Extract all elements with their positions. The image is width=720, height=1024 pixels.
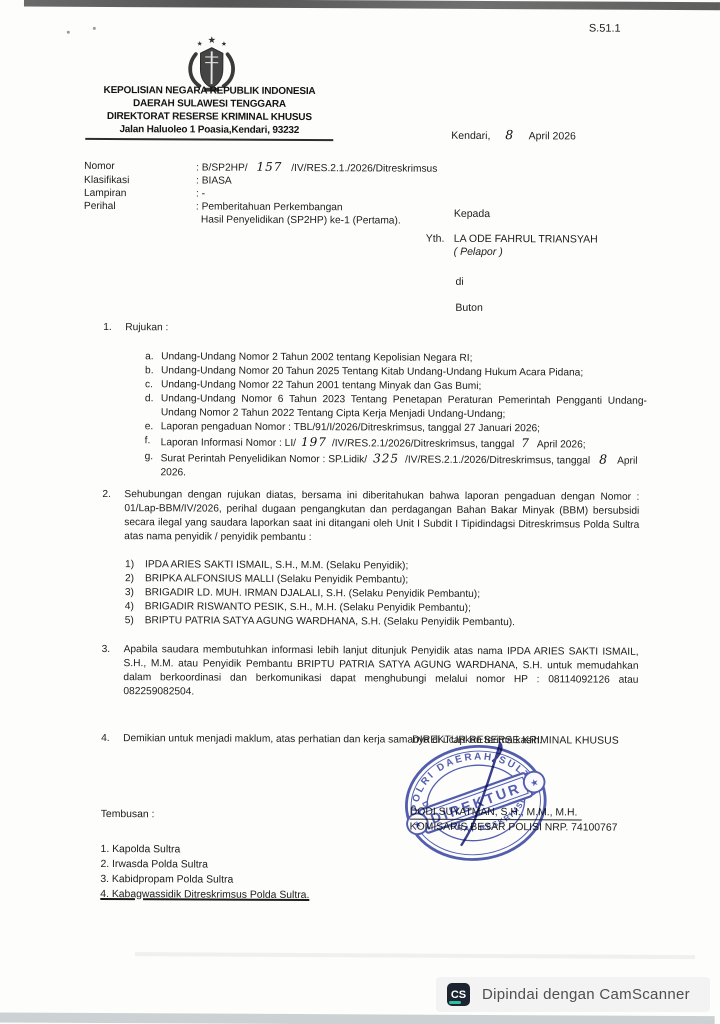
section-2-number: 2. bbox=[102, 488, 124, 544]
nomor-post: /IV/RES.2.1./2026/Ditreskrimsus bbox=[291, 163, 437, 175]
nomor-value: : B/SP2HP/ 157 /IV/RES.2.1./2026/Ditresk… bbox=[196, 160, 437, 175]
row-number: 4) bbox=[125, 600, 145, 614]
tembusan-title: Tembusan : bbox=[101, 809, 310, 821]
org-line-3: DIREKTORAT RESERSE KRIMINAL KHUSUS bbox=[85, 110, 333, 124]
camscanner-icon: CS bbox=[447, 983, 470, 1006]
investigator-list: 1) IPDA ARIES SAKTI ISMAIL, S.H., M.M. (… bbox=[125, 558, 516, 630]
item-letter: f. bbox=[145, 434, 161, 450]
perihal-line1: : Pemberitahuan Perkembangan bbox=[196, 200, 343, 214]
item-f-pre: Laporan Informasi Nomor : LI/ bbox=[161, 437, 296, 449]
date: April 2026 bbox=[529, 130, 576, 142]
item-f-handwritten-day: 7 bbox=[521, 436, 530, 450]
item-text: Undang-Undang Nomor 6 Tahun 2023 Tentang… bbox=[161, 392, 647, 423]
camscanner-icon-label: CS bbox=[451, 989, 466, 1001]
investigator-row: 5) BRIPTU PATRIA SATYA AGUNG WARDHANA, S… bbox=[125, 614, 515, 630]
recipient-city: Buton bbox=[455, 302, 483, 314]
org-line-1: KEPOLISIAN NEGARA REPUBLIK INDONESIA bbox=[85, 84, 333, 98]
kepada-label: Kepada bbox=[454, 208, 490, 220]
row-text: BRIPKA ALFONSIUS MALLI (Selaku Penyidik … bbox=[145, 572, 408, 587]
item-f-mid: /IV/RES.2.1/2026/Ditreskrimsus, tanggal bbox=[332, 438, 514, 450]
item-letter: c. bbox=[145, 378, 161, 392]
svg-text:★: ★ bbox=[221, 40, 227, 48]
pen-signature bbox=[438, 737, 525, 853]
row-number: 5) bbox=[125, 614, 145, 628]
item-g-line2: 2026. bbox=[160, 466, 637, 482]
nomor-pre: : B/SP2HP/ bbox=[196, 162, 248, 173]
tembusan-item: 3. Kabidpropam Polda Sultra bbox=[100, 872, 309, 888]
perihal-label: Perihal bbox=[84, 200, 196, 214]
camscanner-text: Dipindai dengan CamScanner bbox=[482, 986, 690, 1003]
item-f-post: April 2026; bbox=[537, 439, 586, 450]
item-text: Surat Perintah Penyelidikan Nomor : SP.L… bbox=[160, 450, 637, 482]
scanned-letter-page: S.51.1 ★ ★ ★ KEPOLISIAN NEGARA REPUBLIK … bbox=[0, 0, 720, 1024]
item-letter: e. bbox=[145, 420, 161, 434]
tembusan-item: 4. Kabagwassidik Ditreskrimsus Polda Sul… bbox=[100, 887, 309, 903]
item-f-handwritten: 197 bbox=[301, 435, 327, 449]
perihal-line2: Hasil Penyelidikan (SP2HP) ke-1 (Pertama… bbox=[201, 213, 437, 227]
klasifikasi-value: : BIASA bbox=[196, 174, 232, 187]
letterhead: KEPOLISIAN NEGARA REPUBLIK INDONESIA DAE… bbox=[85, 84, 333, 141]
org-address: Jalan Haluoleo 1 Poasia,Kendari, 93232 bbox=[85, 123, 333, 141]
item-letter: d. bbox=[145, 392, 161, 420]
rujukan-item-g: g. Surat Perintah Penyelidikan Nomor : S… bbox=[144, 450, 646, 483]
meta-perihal: Perihal : Pemberitahuan Perkembangan bbox=[84, 200, 437, 215]
yth-label: Yth. bbox=[426, 233, 445, 245]
nomor-handwritten: 157 bbox=[256, 160, 282, 174]
lampiran-label: Lampiran bbox=[84, 187, 196, 201]
scan-edge-top bbox=[24, 0, 720, 10]
scan-speck bbox=[93, 27, 96, 30]
item-g-handwritten: 325 bbox=[373, 451, 399, 465]
paper-layer: S.51.1 ★ ★ ★ KEPOLISIAN NEGARA REPUBLIK … bbox=[0, 0, 720, 1024]
letter-meta: Nomor : B/SP2HP/ 157 /IV/RES.2.1./2026/D… bbox=[84, 160, 438, 228]
rujukan-list: a. Undang-Undang Nomor 2 Tahun 2002 tent… bbox=[144, 350, 647, 483]
org-line-2: DAERAH SULAWESI TENGGARA bbox=[85, 97, 333, 111]
handwritten-day: 8 bbox=[505, 127, 514, 142]
item-g-line1: Surat Perintah Penyelidikan Nomor : SP.L… bbox=[161, 450, 638, 468]
section-1-title: Rujukan : bbox=[125, 321, 168, 335]
scan-edge-bottom bbox=[0, 1012, 715, 1024]
section-2: 2. Sehubungan dengan rujukan diatas, ber… bbox=[102, 488, 639, 547]
section-1-heading: 1. Rujukan : bbox=[103, 321, 168, 335]
place: Kendari, bbox=[451, 130, 490, 142]
rujukan-item: d. Undang-Undang Nomor 6 Tahun 2023 Tent… bbox=[145, 392, 647, 423]
scan-streak bbox=[135, 952, 695, 959]
section-2-text: Sehubungan dengan rujukan diatas, bersam… bbox=[124, 488, 639, 547]
row-number: 3) bbox=[125, 586, 145, 600]
item-g-post: April bbox=[617, 456, 637, 467]
item-g-mid: /IV/RES.2.1./2026/Ditreskrimsus, tanggal bbox=[405, 455, 590, 467]
camscanner-watermark: CS Dipindai dengan CamScanner bbox=[436, 977, 710, 1012]
nomor-label: Nomor bbox=[84, 160, 196, 175]
row-number: 2) bbox=[125, 572, 145, 586]
section-3-text: Apabila saudara membutuhkan informasi le… bbox=[123, 643, 638, 702]
item-g-pre: Surat Perintah Penyelidikan Nomor : SP.L… bbox=[161, 453, 368, 465]
section-3: 3. Apabila saudara membutuhkan informasi… bbox=[101, 643, 638, 702]
item-letter: b. bbox=[145, 364, 161, 378]
tembusan-block: Tembusan : 1. Kapolda Sultra 2. Irwasda … bbox=[100, 809, 310, 903]
recipient-di: di bbox=[455, 276, 463, 288]
item-letter: g. bbox=[144, 450, 160, 480]
section-4-number: 4. bbox=[101, 732, 123, 746]
tembusan-items: 1. Kapolda Sultra 2. Irwasda Polda Sultr… bbox=[100, 842, 309, 903]
svg-text:★: ★ bbox=[197, 40, 203, 48]
recipient-role: ( Pelapor ) bbox=[454, 246, 503, 258]
place-and-date: Kendari, 8 April 2026 bbox=[451, 127, 576, 143]
row-text: IPDA ARIES SAKTI ISMAIL, S.H., M.M. (Sel… bbox=[145, 558, 408, 573]
tembusan-item: 1. Kapolda Sultra bbox=[101, 842, 310, 858]
row-text: BRIPTU PATRIA SATYA AGUNG WARDHANA, S.H.… bbox=[145, 614, 515, 630]
row-number: 1) bbox=[125, 558, 145, 572]
classification-code: S.51.1 bbox=[589, 23, 621, 35]
klasifikasi-label: Klasifikasi bbox=[84, 174, 196, 188]
item-g-handwritten-day: 8 bbox=[599, 452, 608, 467]
section-1-number: 1. bbox=[103, 321, 125, 335]
item-letter: a. bbox=[145, 350, 161, 364]
svg-text:★: ★ bbox=[208, 35, 216, 45]
lampiran-value: : - bbox=[196, 187, 205, 200]
tembusan-item: 2. Irwasda Polda Sultra bbox=[100, 857, 309, 873]
recipient-name: LA ODE FAHRUL TRIANSYAH bbox=[454, 233, 598, 246]
scan-speck bbox=[67, 31, 70, 34]
section-3-number: 3. bbox=[101, 643, 123, 699]
